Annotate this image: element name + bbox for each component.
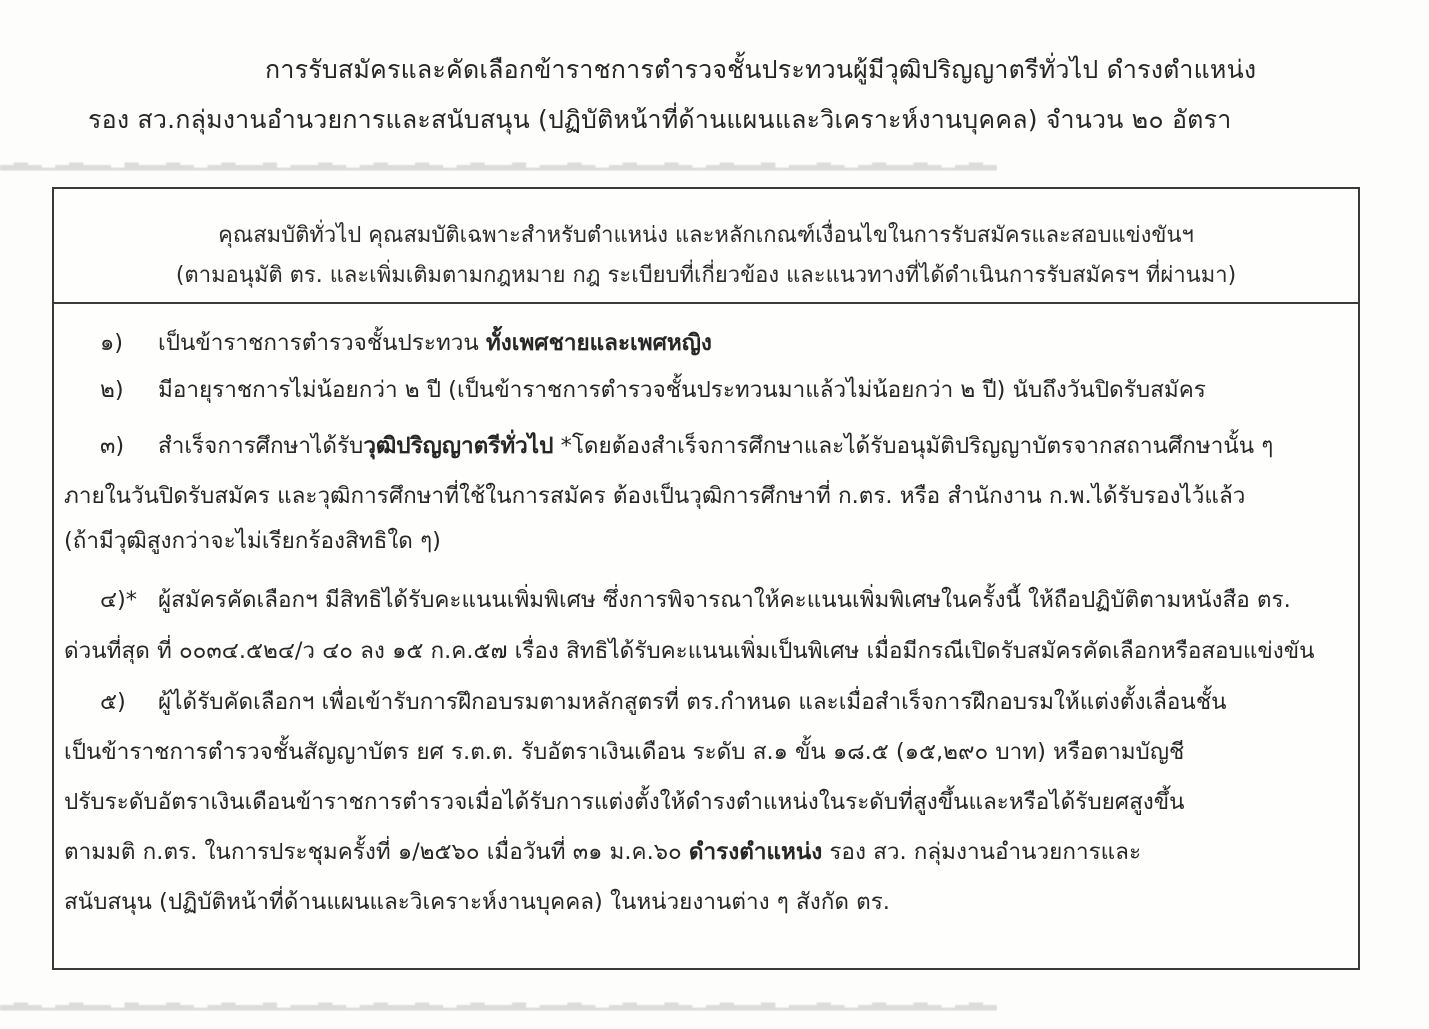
qualifications-box: คุณสมบัติทั่วไป คุณสมบัติเฉพาะสำหรับตำแห…: [52, 187, 1360, 970]
item-text-bold: ทั้งเพศชายและเพศหญิง: [486, 330, 712, 356]
list-item-5-continuation: เป็นข้าราชการตำรวจชั้นสัญญาบัตร ยศ ร.ต.ต…: [64, 733, 1184, 769]
list-item-2: ๒)มีอายุราชการไม่น้อยกว่า ๒ ปี (เป็นข้าร…: [100, 371, 1206, 407]
item-number: ๓): [100, 427, 158, 463]
item-text-bold: วุฒิปริญญาตรีทั่วไป: [363, 433, 553, 459]
qualifications-box-header: คุณสมบัติทั่วไป คุณสมบัติเฉพาะสำหรับตำแห…: [54, 189, 1358, 304]
item-number: ๑): [100, 324, 158, 360]
list-item-4-continuation: ด่วนที่สุด ที่ ๐๐๓๔.๕๒๔/ว ๔๐ ลง ๑๕ ก.ค.๕…: [64, 632, 1315, 668]
item-text: *โดยต้องสำเร็จการศึกษาและได้รับอนุมัติปร…: [561, 433, 1274, 459]
item-text: ตามมติ ก.ตร. ในการประชุมครั้งที่ ๑/๒๕๖๐ …: [64, 839, 682, 865]
list-item-5-continuation: ตามมติ ก.ตร. ในการประชุมครั้งที่ ๑/๒๕๖๐ …: [64, 833, 1141, 869]
document-title-line-2: รอง สว.กลุ่มงานอำนวยการและสนับสนุน (ปฏิบ…: [88, 100, 1231, 140]
list-item-4: ๔)*ผู้สมัครคัดเลือกฯ มีสิทธิได้รับคะแนนเ…: [100, 581, 1291, 617]
item-text: สำเร็จการศึกษาได้รับ: [158, 433, 363, 459]
item-number: ๒): [100, 371, 158, 407]
item-number: ๕): [100, 683, 158, 719]
item-text: ผู้ได้รับคัดเลือกฯ เพื่อเข้ารับการฝึกอบร…: [158, 689, 1226, 715]
box-header-line-1: คุณสมบัติทั่วไป คุณสมบัติเฉพาะสำหรับตำแห…: [54, 217, 1358, 252]
item-text: รอง สว. กลุ่มงานอำนวยการและ: [829, 839, 1141, 865]
item-text: ผู้สมัครคัดเลือกฯ มีสิทธิได้รับคะแนนเพิ่…: [158, 587, 1291, 613]
list-item-3-continuation: ภายในวันปิดรับสมัคร และวุฒิการศึกษาที่ใช…: [64, 477, 1245, 513]
bleed-through-text: ▂▃▂▁▂▃▂▂▁▃▂▂▃▂▁▂▃▂▂▃▁▂▂▃▂▁▂▃▂▂▃▂▁▂▃▂▂▃▁▂…: [0, 150, 1429, 172]
list-item-1: ๑)เป็นข้าราชการตำรวจชั้นประทวน ทั้งเพศชา…: [100, 324, 712, 360]
item-number: ๔)*: [100, 581, 158, 617]
list-item-5-continuation: ปรับระดับอัตราเงินเดือนข้าราชการตำรวจเมื…: [64, 783, 1185, 819]
box-header-line-2: (ตามอนุมัติ ตร. และเพิ่มเติมตามกฎหมาย กฎ…: [54, 257, 1358, 292]
list-item-3-continuation: (ถ้ามีวุฒิสูงกว่าจะไม่เรียกร้องสิทธิใด ๆ…: [64, 522, 441, 558]
item-text-bold: ดำรงตำแหน่ง: [689, 839, 822, 865]
document-title-line-1: การรับสมัครและคัดเลือกข้าราชการตำรวจชั้น…: [265, 50, 1256, 90]
item-text: เป็นข้าราชการตำรวจชั้นประทวน: [158, 330, 479, 356]
list-item-5-continuation: สนับสนุน (ปฏิบัติหน้าที่ด้านแผนและวิเครา…: [64, 883, 890, 919]
item-text: มีอายุราชการไม่น้อยกว่า ๒ ปี (เป็นข้าราช…: [158, 377, 1206, 403]
list-item-3: ๓)สำเร็จการศึกษาได้รับวุฒิปริญญาตรีทั่วไ…: [100, 427, 1273, 463]
bleed-through-text: ▂▃▂▁▂▃▂▂▁▃▂▂▃▂▁▂▃▂▂▃▁▂▂▃▂▁▂▃▂▂▃▂▁▂▃▂▂▃▁▂…: [0, 990, 1429, 1012]
list-item-5: ๕)ผู้ได้รับคัดเลือกฯ เพื่อเข้ารับการฝึกอ…: [100, 683, 1226, 719]
